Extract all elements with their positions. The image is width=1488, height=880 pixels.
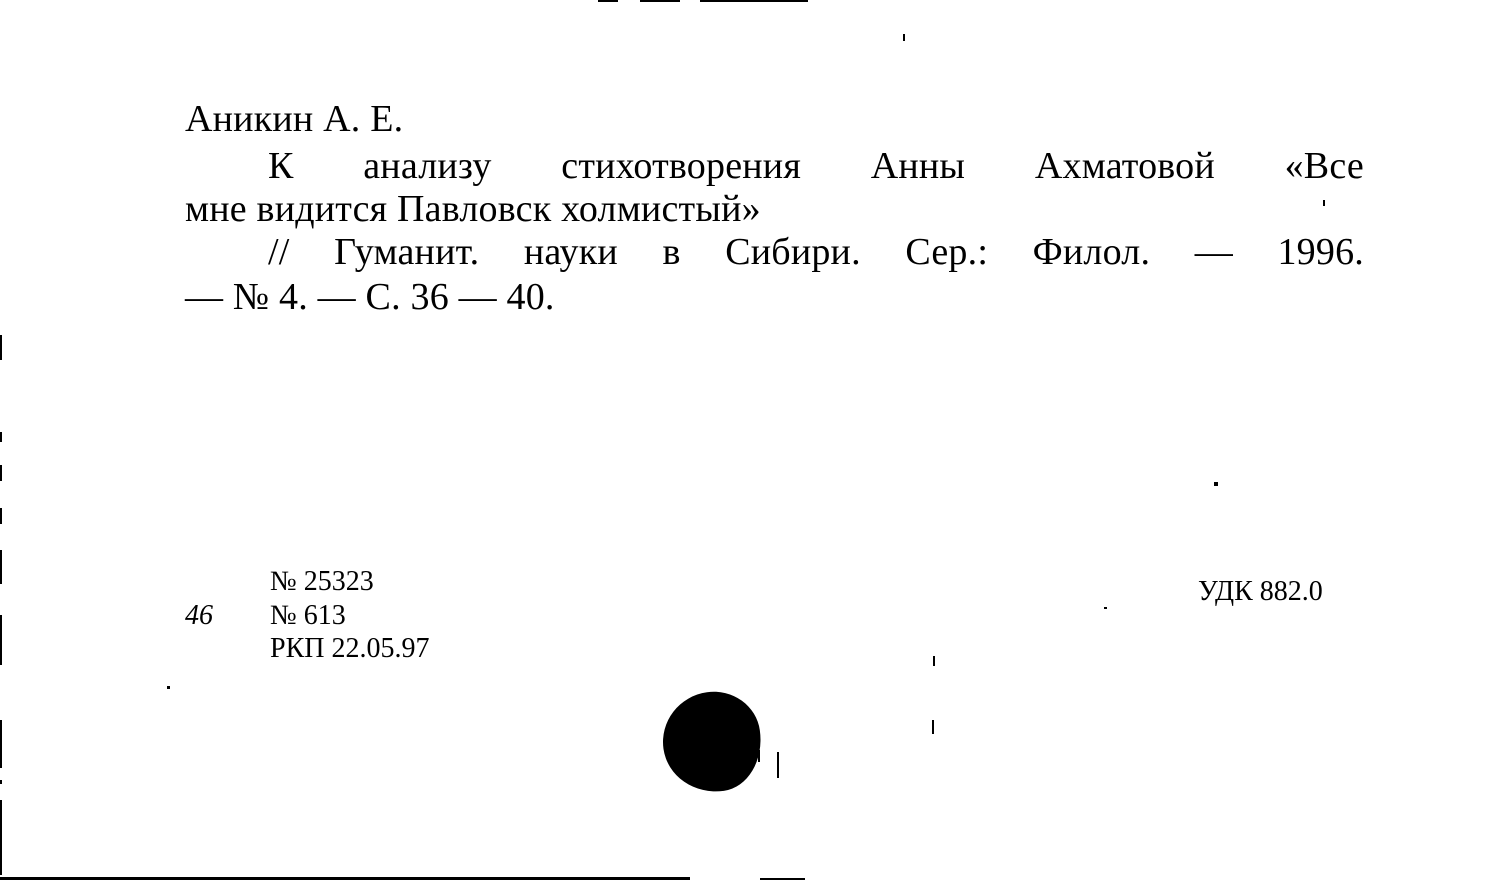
scan-edge [0,550,2,584]
accession-number-2: № 613 [270,602,346,630]
rkp-label: РКП [270,633,324,664]
source-line-2: — № 4. — С. 36 — 40. [185,278,555,316]
title-word: Анны [871,147,965,185]
scan-edge [0,800,2,875]
scan-artifact [932,720,934,734]
title-word: анализу [363,147,491,185]
scan-artifact [598,0,618,2]
udk-code: УДК 882.0 [1198,578,1323,606]
scan-edge [0,432,2,442]
source-word: Сибири. [725,233,861,271]
scan-edge [0,508,2,524]
scan-artifact [903,34,905,41]
source-word: Филол. [1033,233,1150,271]
scan-artifact [933,656,935,666]
accession-number-1: № 25323 [270,568,374,596]
source-word: Сер.: [905,233,988,271]
source-word: в [662,233,680,271]
punch-hole [657,686,768,799]
title-line-2: мне видится Павловск холмистый» [185,190,761,228]
title-word: Ахматовой [1035,147,1215,185]
source-line-1: // Гуманит. науки в Сибири. Сер.: Филол.… [268,233,1364,271]
scan-edge [0,720,2,768]
scan-artifact [700,0,808,2]
scan-edge [0,780,2,784]
scan-artifact [1323,200,1325,206]
title-line-1: К анализу стихотворения Анны Ахматовой «… [268,147,1364,185]
source-word: // [268,233,290,271]
catalog-card: Аникин А. Е. К анализу стихотворения Анн… [0,0,1488,880]
source-word: науки [524,233,618,271]
page-number: 46 [185,602,213,630]
title-word: стихотворения [561,147,801,185]
scan-artifact [1104,607,1107,609]
title-word: К [268,147,294,185]
scan-artifact [777,752,779,778]
source-word: — [1195,233,1233,271]
scan-edge [0,615,2,665]
scan-artifact [167,686,170,689]
source-word: 1996. [1277,233,1364,271]
source-word: Гуманит. [334,233,479,271]
author-name: Аникин А. Е. [185,100,403,138]
rkp-date: 22.05.97 [331,633,429,664]
scan-artifact [1214,482,1218,486]
scan-edge [0,465,2,481]
scan-artifact [640,0,680,2]
scan-edge [0,335,2,360]
rkp-record: РКП 22.05.97 [270,635,429,663]
title-word: «Все [1285,147,1364,185]
